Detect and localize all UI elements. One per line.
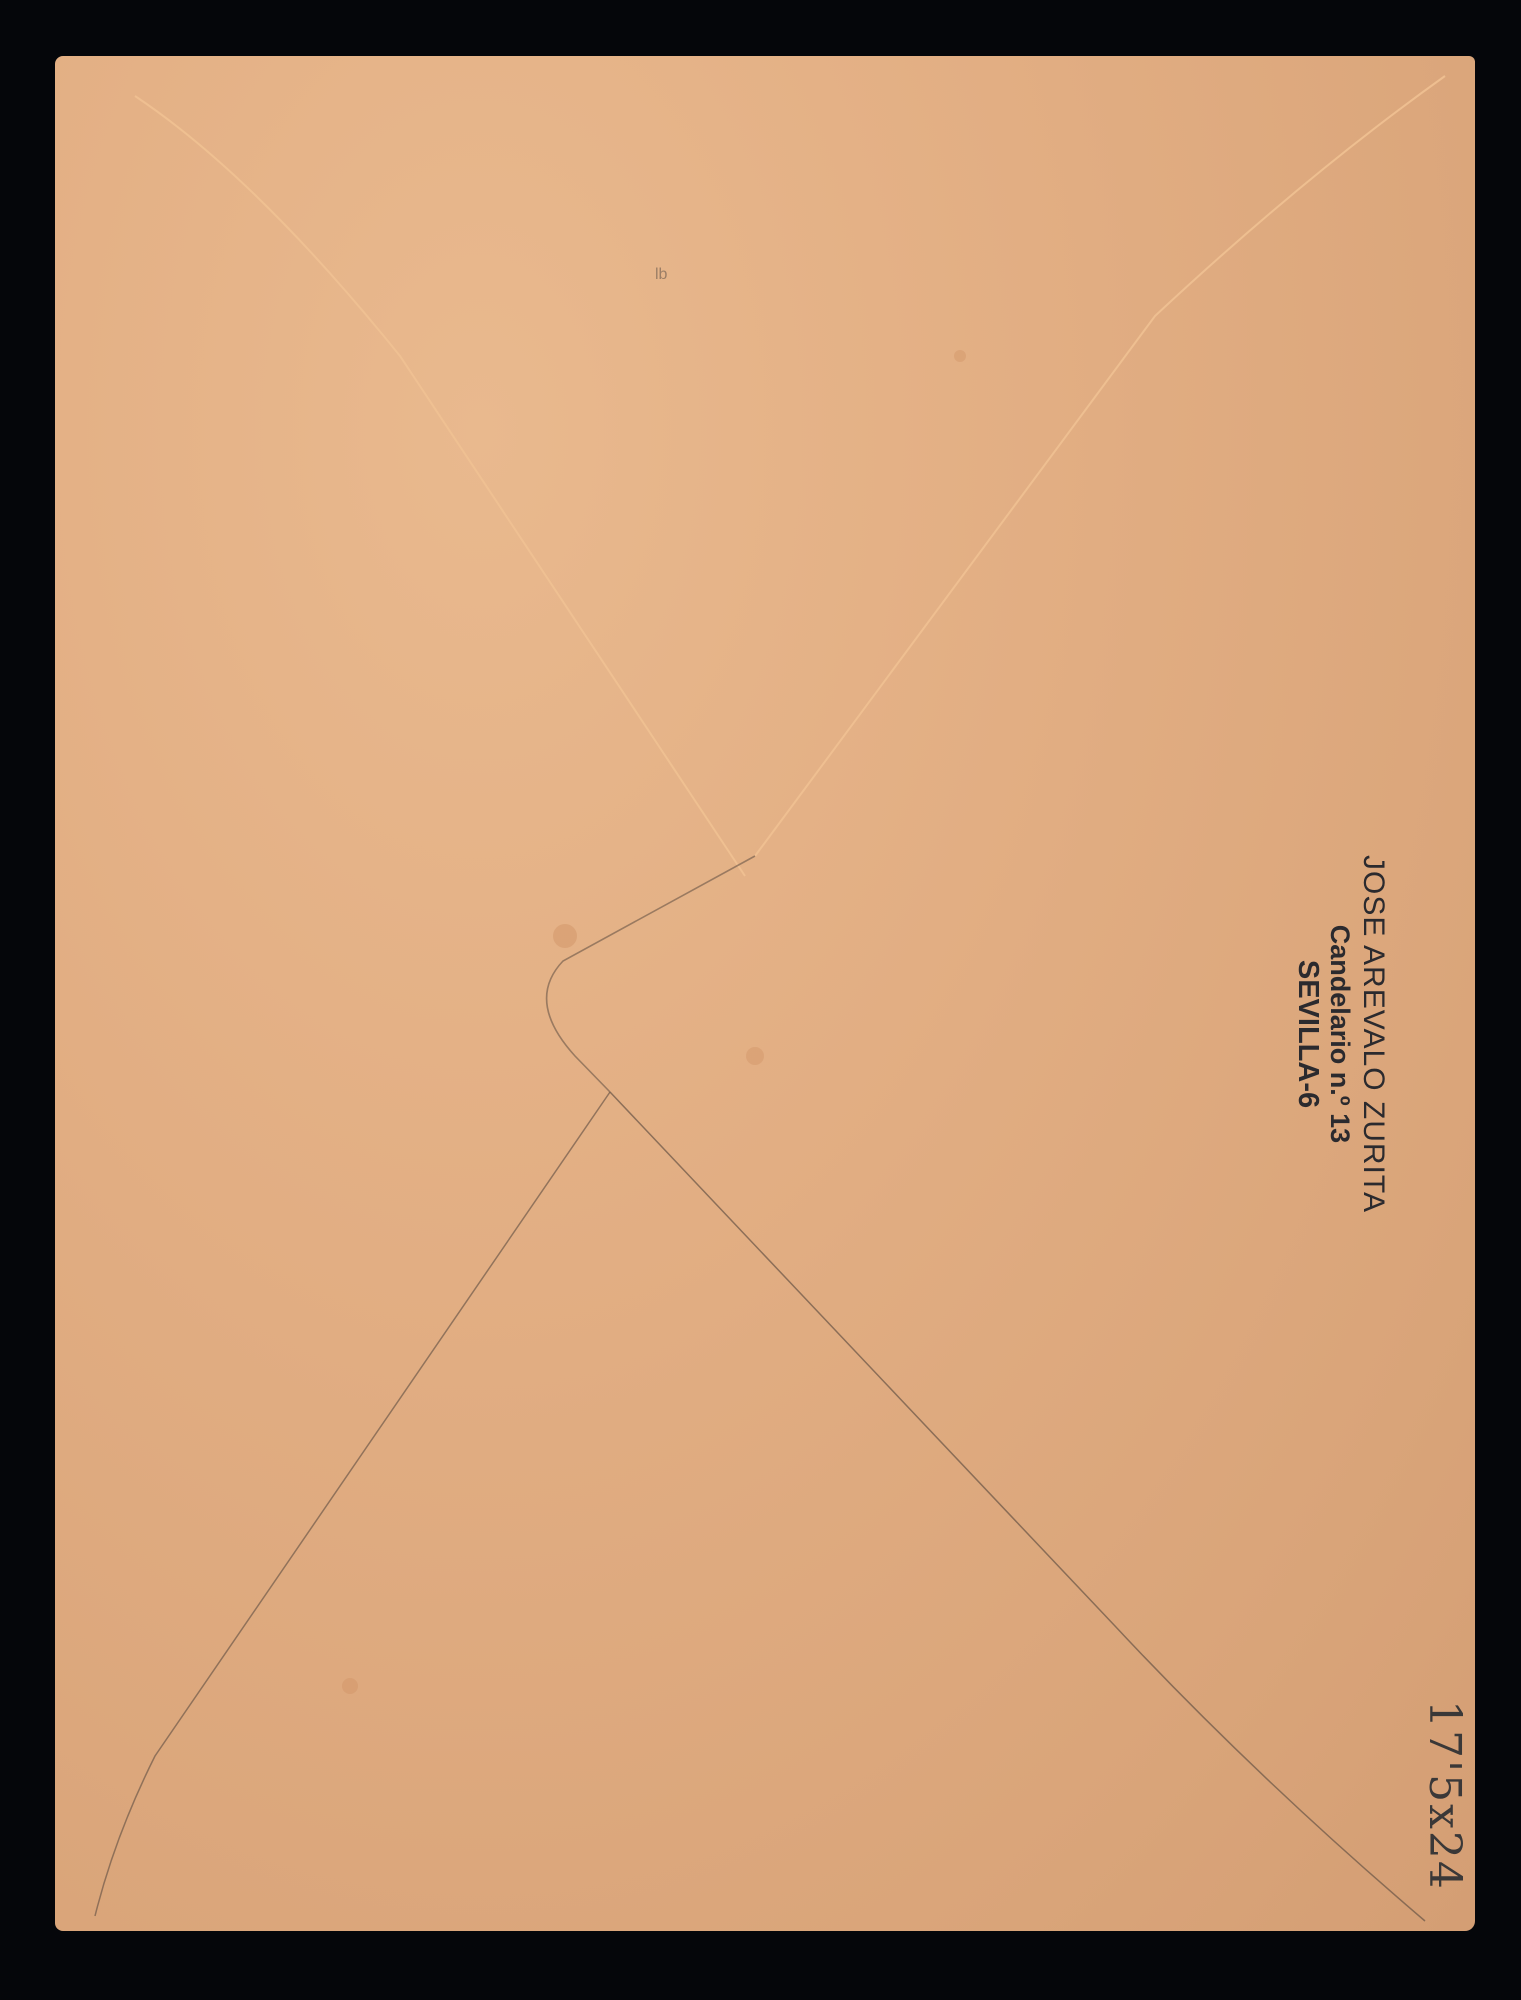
return-address-stamp: JOSE AREVALO ZURITA Candelario n.º 13 SE… (1291, 855, 1390, 1213)
sender-city: SEVILLA-6 (1291, 855, 1324, 1213)
handwritten-dimensions: 17'5x24 (1419, 1700, 1470, 1891)
faint-mark: lb (655, 266, 667, 284)
envelope-flap-lines (55, 56, 1475, 1931)
envelope: lb (55, 56, 1475, 1931)
sender-street: Candelario n.º 13 (1324, 855, 1355, 1213)
sender-name: JOSE AREVALO ZURITA (1356, 855, 1391, 1213)
